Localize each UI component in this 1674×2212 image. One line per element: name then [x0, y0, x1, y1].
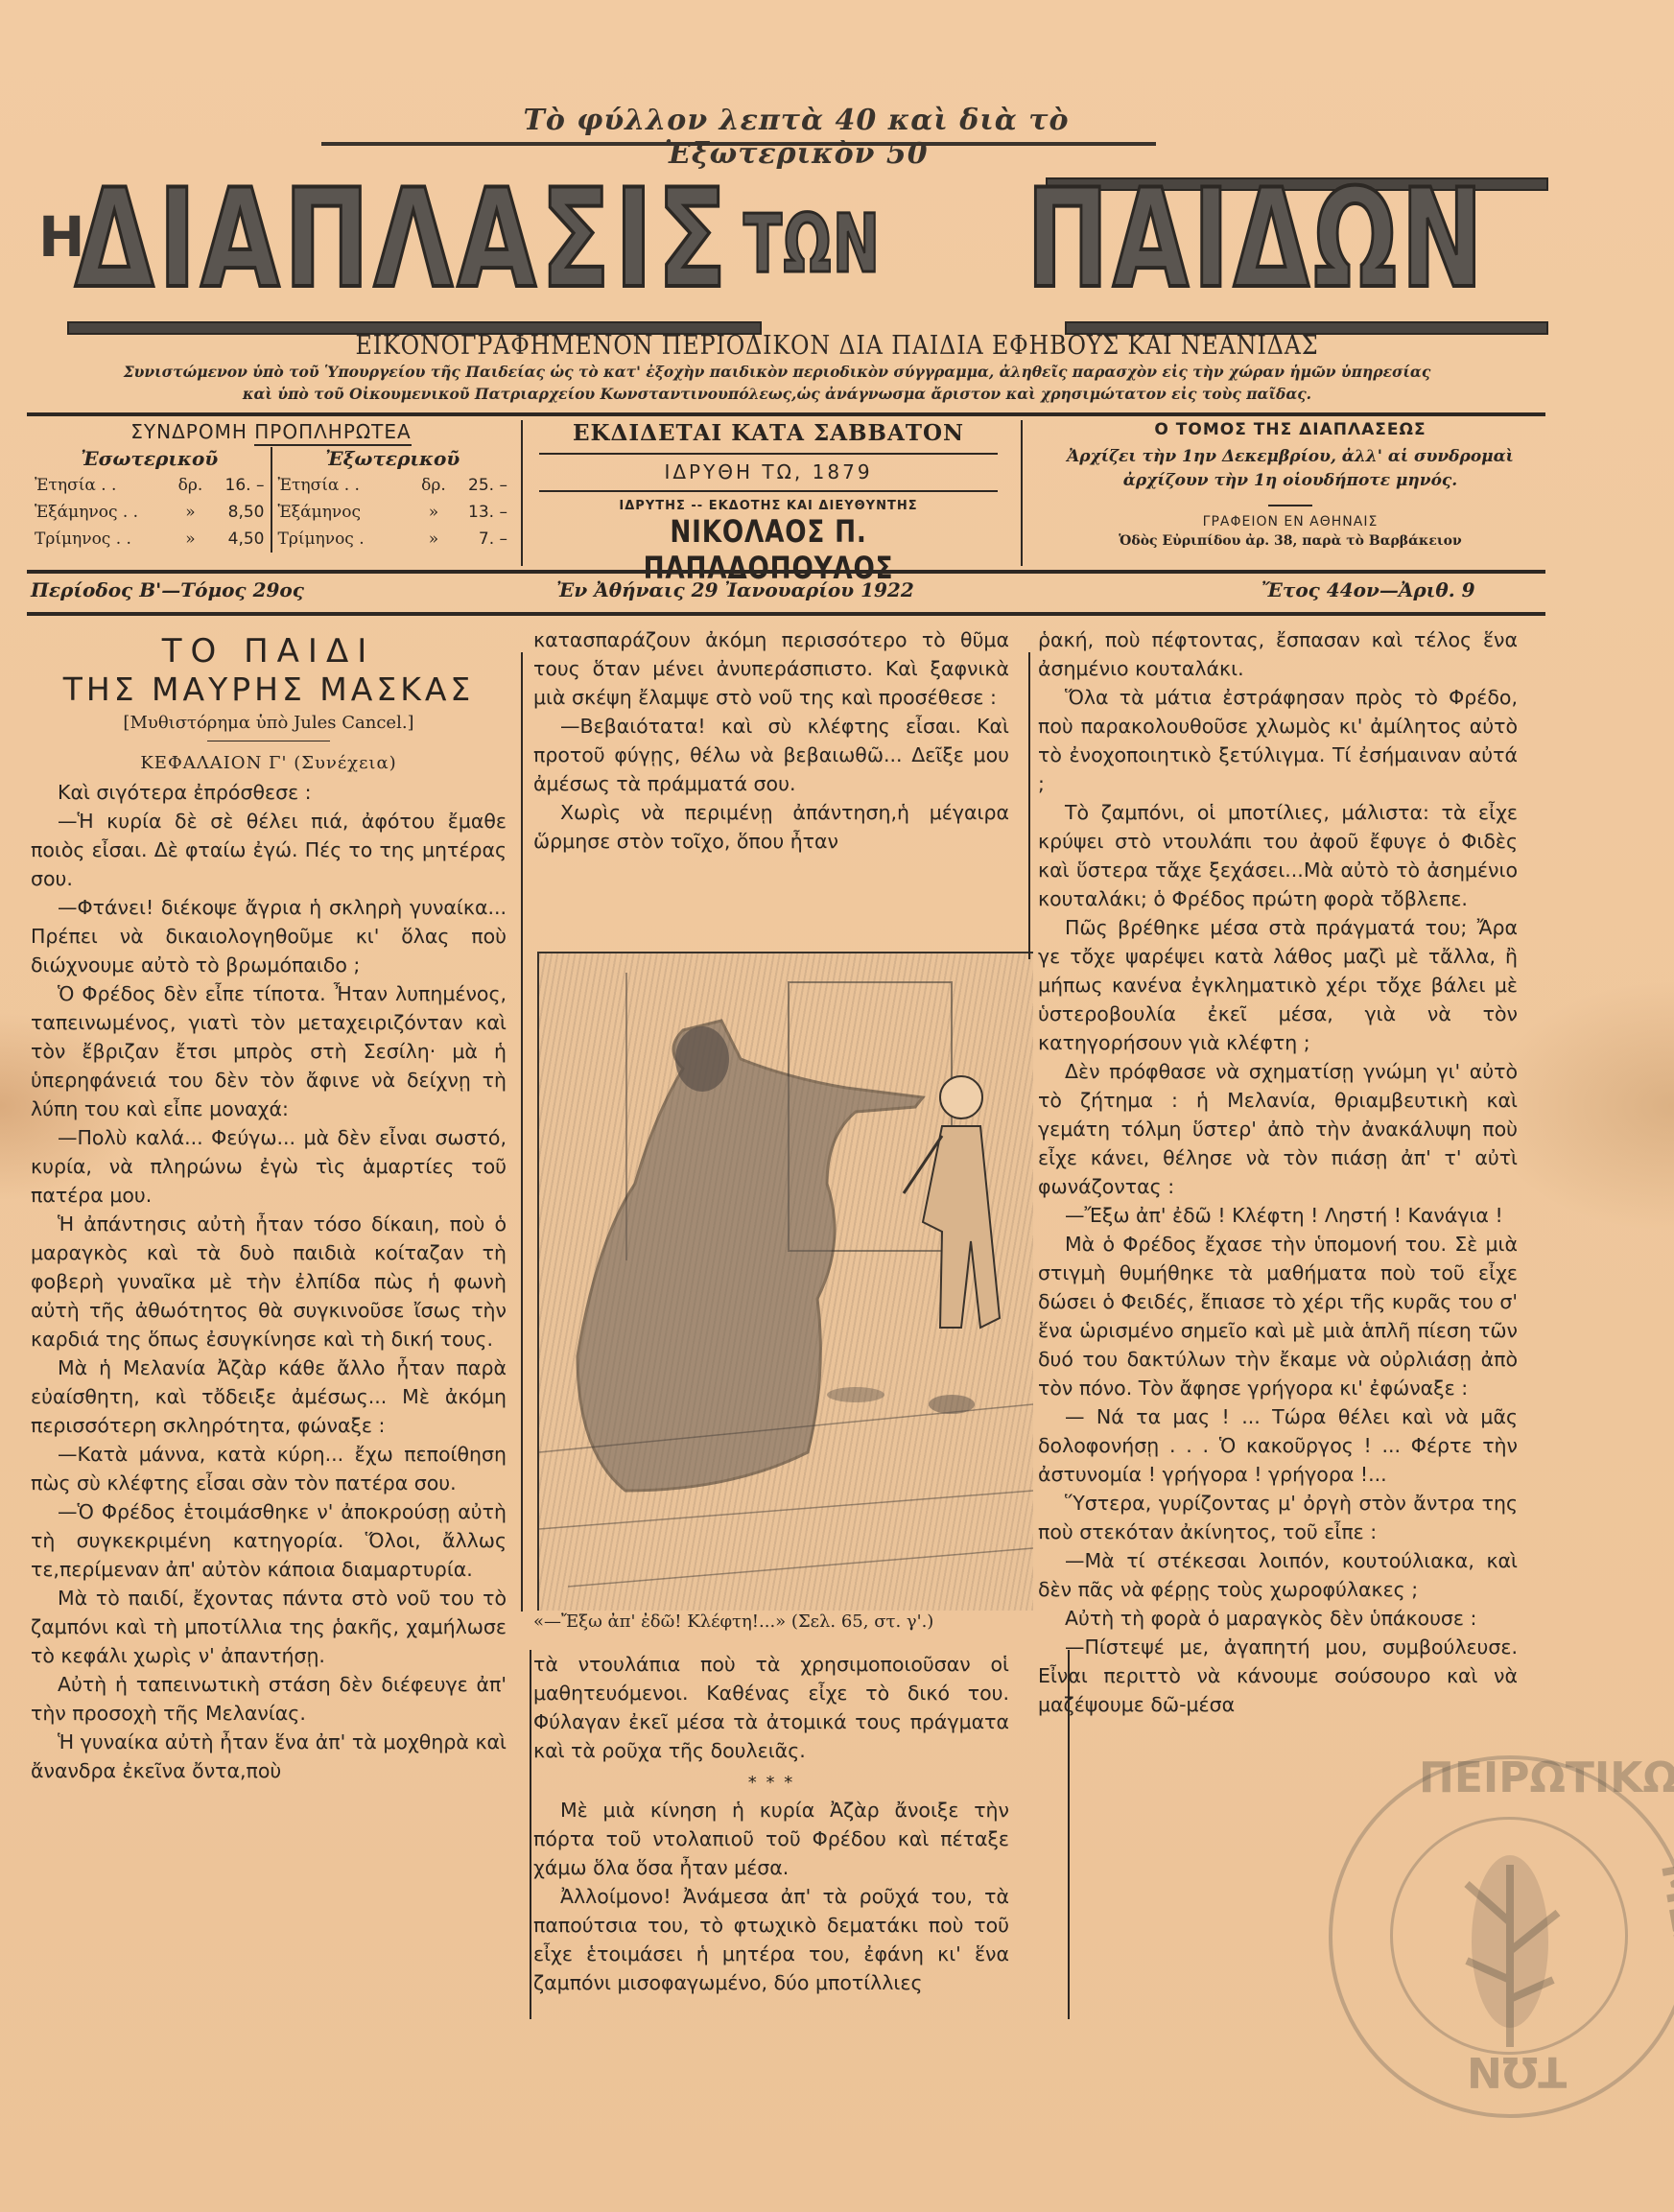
paragraph: Ὕστερα, γυρίζοντας μ' ὀργὴ στὸν ἄντρα τη…	[1038, 1489, 1518, 1546]
library-stamp: ΠΕΙΡΩΤΙΚΩΝ ΜΕΛΕ ΤΩΝ	[1329, 1755, 1674, 2118]
paragraph: —Φτάνει! διέκοψε ἄγρια ἡ σκληρὴ γυναίκα.…	[31, 893, 507, 979]
column-2-bottom: τὰ ντουλάπια ποὺ τὰ χρησιμοποιοῦσαν οἱ μ…	[533, 1650, 1009, 1997]
row-label: Ἑξάμηνος	[278, 499, 420, 526]
paragraph: Αὐτὴ ἡ ταπεινωτικὴ στάση δὲν διέφευγε ἀπ…	[31, 1670, 507, 1728]
founded-year: ΙΔΡΥΘΗ ΤΩ, 1879	[539, 455, 998, 492]
subscription-columns: Ἐσωτερικοῦ Ἐτησία . .δρ.16. – Ἑξάμηνος .…	[29, 447, 513, 553]
price-rule	[321, 142, 1156, 146]
masthead-title-main: ΔΙΑΠΛΑΣΙΣ	[75, 168, 731, 312]
subscription-domestic: Ἐσωτερικοῦ Ἐτησία . .δρ.16. – Ἑξάμηνος .…	[29, 447, 271, 553]
story-title-line2: ΤΗΣ ΜΑΥΡΗΣ ΜΑΣΚΑΣ	[31, 670, 507, 710]
stamp-inner-ring	[1390, 1817, 1628, 2055]
paragraph: —Μὰ τί στέκεσαι λοιπόν, κουτούλιακα, καὶ…	[1038, 1546, 1518, 1604]
volume-rule	[1268, 505, 1312, 506]
paragraph: —Ὁ Φρέδος ἑτοιμάσθηκε ν' ἀποκρούσῃ αὐτὴ …	[31, 1497, 507, 1584]
subscription-row: Ἑξάμηνος . .»8,50	[35, 499, 265, 526]
column-2-top: κατασπαράζουν ἀκόμη περισσότερο τὸ θῦμα …	[533, 625, 1009, 856]
volume-title: Ο ΤΟΜΟΣ ΤΗΣ ΔΙΑΠΛΑΣΕΩΣ	[1031, 420, 1549, 439]
header-rule	[27, 412, 1545, 416]
row-label: Ἐτησία . .	[35, 472, 177, 499]
paragraph: Ἀλλοίμονο! Ἀνάμεσα ἀπ' τὰ ροῦχά του, τὰ …	[533, 1882, 1009, 1997]
row-label: Τρίμηνος . .	[35, 526, 177, 553]
paragraph: Ὅλα τὰ μάτια ἐστράφησαν πρὸς τὸ Φρέδο, π…	[1038, 683, 1518, 798]
published-weekly: ΕΚΔΙΔΕΤΑΙ ΚΑΤΑ ΣΑΒΒΑΤΟΝ	[539, 420, 998, 455]
column-divider-1	[521, 652, 523, 1612]
paragraph: Μὰ τὸ παιδί, ἔχοντας πάντα στὸ νοῦ του τ…	[31, 1584, 507, 1670]
masthead-title-of: ΤΩΝ	[743, 197, 882, 291]
publisher-name: ΝΙΚΟΛΑΟΣ Π. ΠΑΠΑΔΟΠΟΥΛΟΣ	[573, 513, 964, 586]
paragraph: —Βεβαιότατα! καὶ σὺ κλέφτης εἶσαι. Καὶ π…	[533, 712, 1009, 798]
dateline-issue: Ἔτος 44ον—Ἀριθ. 9	[1261, 578, 1475, 601]
row-mark: »	[419, 499, 448, 526]
row-value: 7. –	[448, 526, 507, 553]
subscription-row: Τρίμηνος .»7. –	[278, 526, 508, 553]
row-mark: »	[177, 526, 205, 553]
row-value: 13. –	[448, 499, 507, 526]
publisher-role: ΙΔΡΥΤΗΣ -- ΕΚΔΟΤΗΣ ΚΑΙ ΔΙΕΥΘΥΝΤΗΣ	[530, 499, 1007, 513]
stamp-text-bottom: ΤΩΝ	[1467, 2047, 1567, 2096]
subscription-row: Ἑξάμηνος»13. –	[278, 499, 508, 526]
paragraph: —Ἡ κυρία δὲ σὲ θέλει πιά, ἀφότου ἔμαθε π…	[31, 807, 507, 893]
volume-text: Ἀρχίζει τὴν 1ην Δεκεμβρίου, ἀλλ' αἱ συνδ…	[1031, 445, 1549, 493]
paragraph: Αὐτὴ τὴ φορὰ ὁ μαραγκὸς δὲν ὑπάκουσε :	[1038, 1604, 1518, 1633]
row-label: Ἑξάμηνος . .	[35, 499, 177, 526]
paragraph: —Κατὰ μάννα, κατὰ κύρη... ἔχω πεποίθηση …	[31, 1440, 507, 1497]
paragraph: ῥακή, ποὺ πέφτοντας, ἔσπασαν καὶ τέλος ἕ…	[1038, 625, 1518, 683]
byline-rule	[207, 741, 330, 741]
subscription-foreign: Ἐξωτερικοῦ Ἐτησία . .δρ.25. – Ἑξάμηνος»1…	[271, 447, 514, 553]
subscription-row: Ἐτησία . .δρ.16. –	[35, 472, 265, 499]
subscription-box: ΣΥΝΔΡΟΜΗ ΠΡΟΠΛΗΡΩΤΕΑ Ἐσωτερικοῦ Ἐτησία .…	[29, 420, 513, 553]
dateline-period: Περίοδος Β'—Τόμος 29ος	[31, 578, 304, 601]
paragraph: Καὶ σιγότερα ἐπρόσθεσε :	[31, 778, 507, 807]
paragraph: Πῶς βρέθηκε μέσα στὰ πράγματά του; Ἄρα γ…	[1038, 913, 1518, 1057]
paragraph: —Ἔξω ἀπ' ἐδῶ ! Κλέφτη ! Ληστή ! Κανάγια …	[1038, 1201, 1518, 1230]
column-divider-2	[530, 1650, 531, 2019]
paragraph: — Νά τα μας ! ... Τώρα θέλει καὶ νὰ μᾶς …	[1038, 1402, 1518, 1489]
paragraph: Μὰ ἡ Μελανία Ἀζὰρ κάθε ἄλλο ἦταν παρὰ εὐ…	[31, 1353, 507, 1440]
masthead-title-children: ΠΑΙΔΩΝ	[1026, 168, 1487, 312]
subscription-row: Ἐτησία . .δρ.25. –	[278, 472, 508, 499]
asterism: * * *	[533, 1775, 1009, 1792]
paragraph: Μὲ μιὰ κίνηση ἡ κυρία Ἀζὰρ ἄνοιξε τὴν πό…	[533, 1796, 1009, 1882]
row-value: 4,50	[205, 526, 265, 553]
stamp-tree-icon	[1332, 1759, 1674, 2114]
row-mark: δρ.	[177, 472, 205, 499]
office-title: ΓΡΑΦΕΙΟΝ ΕΝ ΑΘΗΝΑΙΣ	[1031, 514, 1549, 529]
row-value: 25. –	[448, 472, 507, 499]
paragraph: Ὁ Φρέδος δὲν εἶπε τίποτα. Ἦταν λυπημένος…	[31, 979, 507, 1123]
subscription-row: Τρίμηνος . .»4,50	[35, 526, 265, 553]
subscription-title: ΣΥΝΔΡΟΜΗ ΠΡΟΠΛΗΡΩΤΕΑ	[29, 420, 513, 443]
illustration-caption: «—Ἔξω ἀπ' ἐδῶ! Κλέφτη!...» (Σελ. 65, στ.…	[533, 1612, 1032, 1632]
endorsement-line-1: Συνιστώμενον ὑπὸ τοῦ Ὑπουργείου τῆς Παιδ…	[19, 363, 1535, 381]
row-mark: δρ.	[419, 472, 448, 499]
domestic-heading: Ἐσωτερικοῦ	[35, 447, 265, 470]
subtitle: ΕΙΚΟΝΟΓΡΑΦΗΜΕΝΟΝ ΠΕΡΙΟΔΙΚΟΝ ΔΙΑ ΠΑΙΔΙΑ Ε…	[101, 331, 1574, 361]
column-3: ῥακή, ποὺ πέφτοντας, ἔσπασαν καὶ τέλος ἕ…	[1038, 625, 1518, 1719]
info-rule	[27, 570, 1545, 574]
paragraph: τὰ ντουλάπια ποὺ τὰ χρησιμοποιοῦσαν οἱ μ…	[533, 1650, 1009, 1765]
header-divider-1	[521, 420, 523, 566]
dateline-date: Ἐν Ἀθήναις 29 Ἰανουαρίου 1922	[556, 578, 914, 601]
header-divider-2	[1021, 420, 1023, 566]
volume-info-box: Ο ΤΟΜΟΣ ΤΗΣ ΔΙΑΠΛΑΣΕΩΣ Ἀρχίζει τὴν 1ην Δ…	[1031, 420, 1549, 549]
paragraph: —Πολὺ καλά... Φεύγω... μὰ δὲν εἶναι σωστ…	[31, 1123, 507, 1210]
paragraph: —Πίστεψέ με, ἀγαπητή μου, συμβούλευσε. Ε…	[1038, 1633, 1518, 1719]
dateline-rule	[27, 612, 1545, 616]
paragraph: κατασπαράζουν ἀκόμη περισσότερο τὸ θῦμα …	[533, 625, 1009, 712]
row-label: Τρίμηνος .	[278, 526, 420, 553]
row-mark: »	[419, 526, 448, 553]
paragraph: Χωρὶς νὰ περιμένῃ ἀπάντηση,ἡ μέγαιρα ὥρμ…	[533, 798, 1009, 856]
subscription-title-part1: ΣΥΝΔΡΟΜΗ	[130, 420, 248, 443]
row-mark: »	[177, 499, 205, 526]
story-title-line1: ΤΟ ΠΑΙΔΙ	[31, 633, 507, 670]
paragraph: Δὲν πρόφθασε νὰ σχηματίσῃ γνώμη γι' αὐτὸ…	[1038, 1057, 1518, 1201]
paragraph: Μὰ ὁ Φρέδος ἔχασε τὴν ὑπομονή του. Σὲ μι…	[1038, 1230, 1518, 1402]
foreign-heading: Ἐξωτερικοῦ	[278, 447, 508, 470]
paragraph: Ἡ γυναίκα αὐτὴ ἦταν ἕνα ἀπ' τὰ μοχθηρὰ κ…	[31, 1728, 507, 1785]
story-illustration	[537, 952, 1033, 1611]
newspaper-page: Τὸ φύλλον λεπτὰ 40 καὶ διὰ τὸ Ἐξωτερικὸν…	[0, 0, 1674, 2212]
stamp-text-top: ΠΕΙΡΩΤΙΚΩΝ	[1419, 1753, 1674, 1802]
column-1: ΤΟ ΠΑΙΔΙ ΤΗΣ ΜΑΥΡΗΣ ΜΑΣΚΑΣ [Μυθιστόρημα …	[31, 625, 507, 1785]
office-address: Ὁδὸς Εὐριπίδου ἀρ. 38, παρὰ τὸ Βαρβάκειο…	[1031, 533, 1549, 549]
endorsement-line-2: καὶ ὑπὸ τοῦ Οἰκουμενικοῦ Πατριαρχείου Κω…	[19, 385, 1535, 403]
subscription-title-part2: ΠΡΟΠΛΗΡΩΤΕΑ	[254, 420, 411, 446]
column-divider-3	[1028, 652, 1030, 959]
row-label: Ἐτησία . .	[278, 472, 420, 499]
story-byline: [Μυθιστόρημα ὑπὸ Jules Cancel.]	[31, 710, 507, 737]
paragraph: Ἡ ἀπάντησις αὐτὴ ἦταν τόσο δίκαιη, ποὺ ὁ…	[31, 1210, 507, 1353]
masthead: Η ΔΙΑΠΛΑΣΙΣ ΤΩΝ ΠΑΙΔΩΝ	[29, 168, 1544, 336]
chapter-heading: ΚΕΦΑΛΑΙΟΝ Γ' (Συνέχεια)	[31, 749, 507, 778]
row-value: 8,50	[205, 499, 265, 526]
illustration-woman-pointing-at-boy-icon	[539, 953, 1033, 1611]
publisher-box: ΕΚΔΙΔΕΤΑΙ ΚΑΤΑ ΣΑΒΒΑΤΟΝ ΙΔΡΥΘΗ ΤΩ, 1879 …	[530, 420, 1007, 586]
paragraph: Τὸ ζαμπόνι, οἱ μποτίλιες, μάλιστα: τὰ εἶ…	[1038, 798, 1518, 913]
stamp-text-right: ΜΕΛΕ	[1651, 1858, 1674, 1997]
row-value: 16. –	[205, 472, 265, 499]
